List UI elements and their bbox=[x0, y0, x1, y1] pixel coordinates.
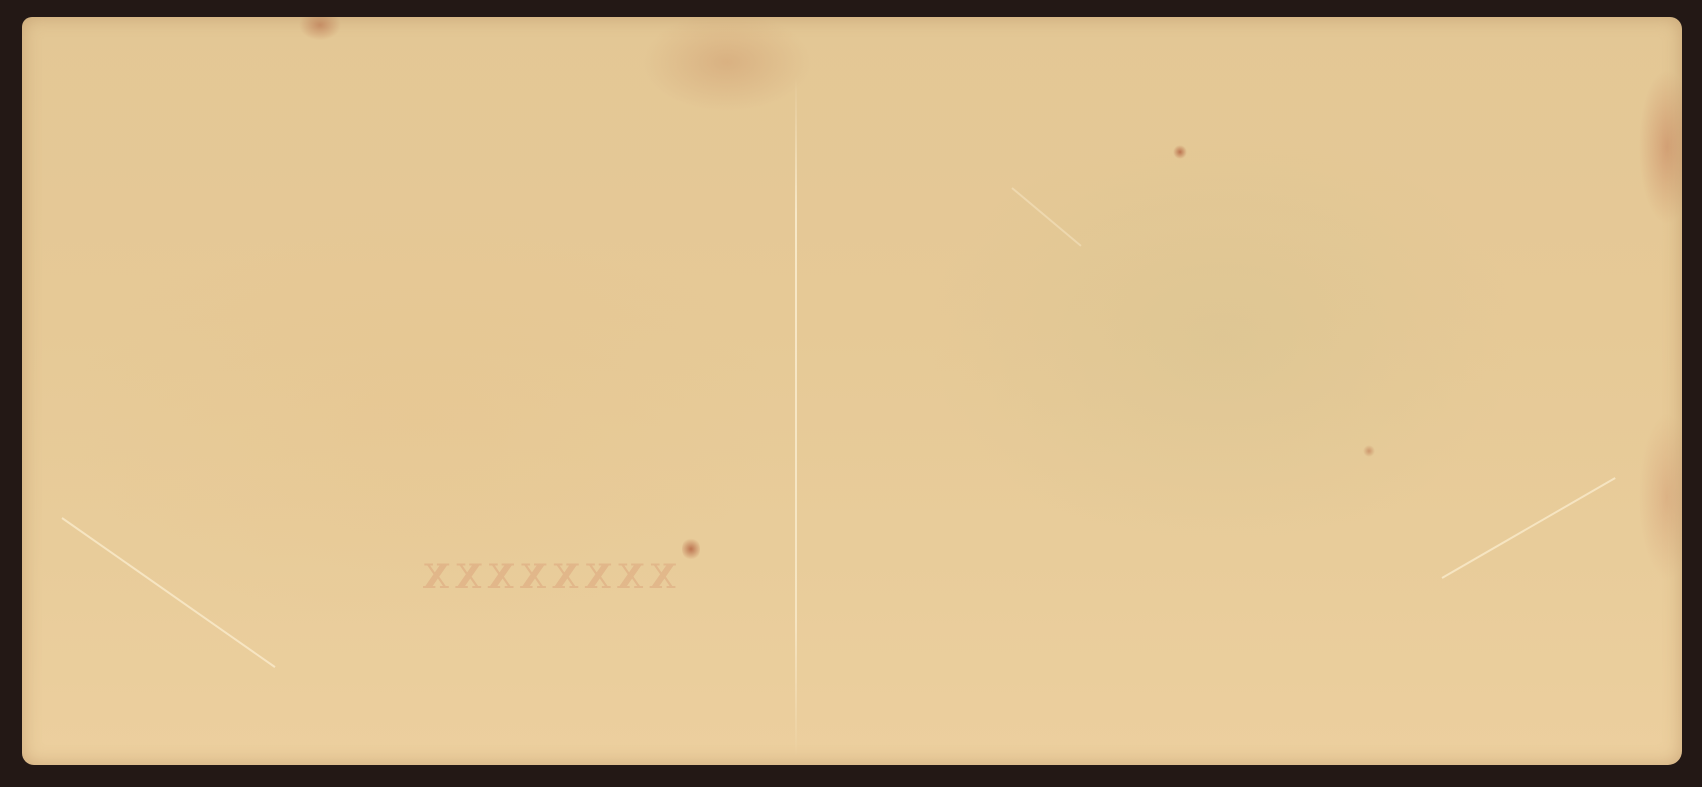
banknote-reverse: XXXXXXXX bbox=[22, 17, 1682, 765]
corner-crease bbox=[1442, 477, 1616, 579]
stain-spot bbox=[1173, 145, 1187, 159]
stain-spot bbox=[1363, 445, 1375, 457]
mirrored-serial-bleed-through: XXXXXXXX bbox=[417, 557, 676, 597]
corner-crease bbox=[61, 517, 275, 668]
stain-spot bbox=[682, 537, 700, 561]
surface-crease bbox=[1011, 187, 1081, 246]
vertical-fold-line bbox=[795, 77, 797, 757]
